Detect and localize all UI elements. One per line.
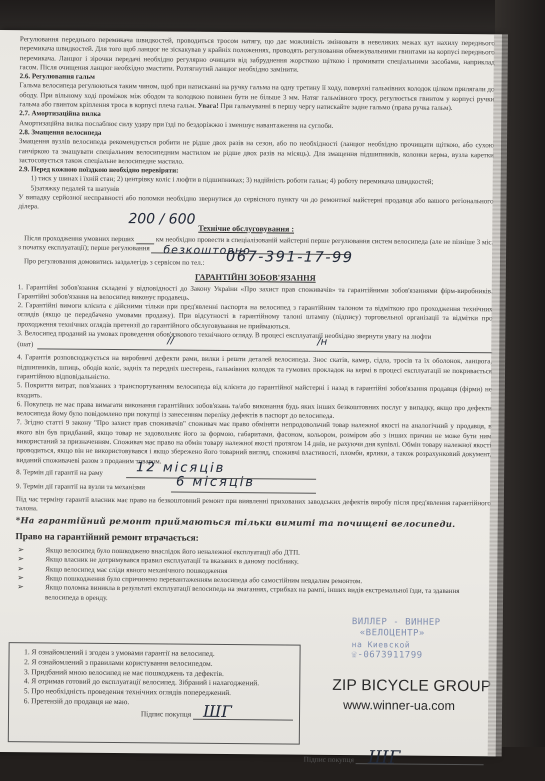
- signature-blank: ШГ: [193, 718, 293, 720]
- section-2-9-note: У випадку серйозної несправності або пол…: [18, 193, 493, 216]
- acknowledgement-list: Я ознайомлений і згоден з умовами гарант…: [15, 647, 294, 708]
- signature-mark: ШГ: [203, 706, 232, 716]
- handwritten-term-frame: 12 місяців: [136, 463, 225, 473]
- document-body: Регулювання переднього перемикача швидко…: [15, 35, 495, 606]
- ack-item: Претензій до продавця не маю.: [31, 696, 293, 708]
- brand-url: www.winner-ua.com: [343, 698, 455, 713]
- handwritten-phone: 067-391-17-99: [226, 253, 354, 263]
- acknowledgement-box: Я ознайомлений і згоден з умовами гарант…: [8, 642, 301, 745]
- loss-list: ➢Якщо велосипед було пошкоджено внаслідо…: [15, 546, 490, 606]
- section-2-6-text: Гальма велосипеда регулюються таким чино…: [19, 82, 494, 114]
- free-repair-note: Під час терміну гарантії власник має пра…: [16, 495, 491, 518]
- tech-service-phone-row: Про регулювання домовитись заздалегідь з…: [18, 254, 493, 272]
- section-2-5-text: Регулювання переднього перемикача швидко…: [20, 35, 495, 76]
- dealer-stamp: ВИЛЛЕР - ВИННЕР «ВЕЛОЦЕНТР» на Киевской …: [352, 617, 441, 662]
- tech-service-title: Технічне обслуговування :: [198, 223, 294, 233]
- arrow-bullet-icon: ➢: [17, 555, 24, 564]
- arrow-bullet-icon: ➢: [17, 545, 24, 554]
- bottom-signature-row: Підпис покупця ШГ: [304, 755, 484, 766]
- brand-name: ZIP BICYCLE GROUP: [332, 677, 491, 696]
- warranty-item-7: 7. Згідно статті 9 закону "Про захист пр…: [16, 419, 491, 470]
- warning-label: Увага!: [198, 102, 219, 110]
- bottom-signature-label: Підпис покупця: [304, 755, 354, 764]
- arrow-bullet-icon: ➢: [17, 573, 24, 582]
- background-top: [0, 0, 545, 34]
- handwritten-km: 200 / 600: [128, 215, 195, 225]
- loss-item: ➢Якщо поломка виникла в результаті експл…: [15, 583, 490, 606]
- warranty-sheet: Регулювання переднього перемикача швидко…: [0, 30, 502, 756]
- warranty-item-2: 2. Гарантійні вимоги клієнта є дійсними …: [17, 301, 492, 333]
- handwritten-term-parts: 6 місяців: [176, 477, 255, 487]
- arrow-bullet-icon: ➢: [17, 582, 24, 591]
- term-parts-row: 9. Термін дії гарантії на вузли та механ…: [16, 478, 491, 496]
- handwritten-mark-2: /н: [317, 338, 327, 347]
- loss-title: Право на гарантійний ремонт втрачається:: [16, 533, 491, 546]
- clean-bike-note: *На гарантійний ремонт приймаються тільк…: [16, 518, 491, 531]
- warranty-item-4: 4. Гарантія розповсюджується на виробнич…: [17, 353, 492, 385]
- section-2-8-text: Змащення вузлів велосипеда рекомендуєтьс…: [19, 137, 494, 169]
- signature-label: Підпис покупця: [141, 709, 191, 718]
- handwritten-mark-1: //: [167, 337, 174, 346]
- arrow-bullet-icon: ➢: [17, 564, 24, 573]
- bottom-signature-mark: ШГ: [368, 747, 401, 768]
- ack-signature-row: Підпис покупця ШГ: [15, 708, 293, 720]
